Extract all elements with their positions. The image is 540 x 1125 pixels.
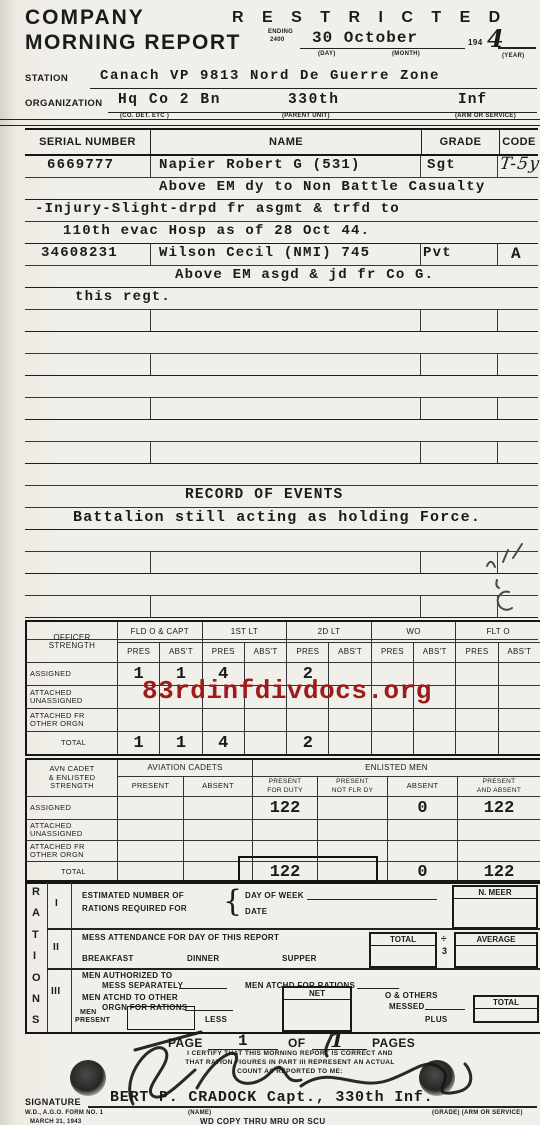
officer-value [498,685,540,708]
officer-value [413,731,455,754]
rations-section: R A T I O N S I II III ESTIMATED NUMBER … [25,880,540,1034]
date-label: DATE [245,907,267,916]
entry2-note2: this regt. [75,289,171,305]
roster-row-empty [25,420,538,442]
estimated-rations-label-2: RATIONS REQUIRED FOR [82,904,187,913]
day-of-week-line [307,899,437,900]
officer-value [498,662,540,685]
month-sublabel: (MONTH) [392,51,420,57]
officer-group-2d-lt: 2D LT [286,622,371,642]
officer-group-fldo-capt: FLD O & CAPT [117,622,202,642]
form-date: MARCH 31, 1943 [30,1119,82,1125]
officer-row-label: TOTAL [27,731,117,754]
enlisted-men-group: ENLISTED MEN [252,760,540,776]
roster-row-record-entry: Battalion still acting as holding Force. [25,508,538,530]
enlisted-strength-title: AVN CADET& ENLISTEDSTRENGTH [27,760,117,796]
breakfast-label: BREAKFAST [82,954,134,963]
men-present-label-1: MEN [80,1009,96,1016]
officer-strength-title: OFFICERSTRENGTH [27,622,117,662]
year-sublabel: (YEAR) [502,53,524,59]
officer-value: 4 [202,731,244,754]
officer-value: 2 [286,731,328,754]
enlisted-value: 0 [387,861,457,882]
total2-box: TOTAL [473,995,539,1023]
enlisted-value [387,840,457,861]
officer-value: 1 [117,731,159,754]
number-box: N. MEER [452,885,538,929]
roster-header-row: SERIAL NUMBER NAME GRADE CODE [25,128,538,156]
year-underline [498,47,536,49]
officer-value [286,708,328,731]
roster-row-empty [25,398,538,420]
grade-sublabel: (GRADE) (ARM OR SERVICE) [432,1110,523,1116]
officer-value [455,731,497,754]
pres-header: PRES [202,642,244,662]
roster-row-empty [25,376,538,398]
entry2-note1: Above EM asgd & jd fr Co G. [175,267,434,283]
supper-label: SUPPER [282,954,317,963]
col-header-name: NAME [150,130,421,154]
messed-label: MESSED [389,1002,425,1011]
entry1-serial: 6669777 [47,157,114,173]
roster-row-entry2-note1: Above EM asgd & jd fr Co G. [25,266,538,288]
enlisted-value: 122 [457,861,540,882]
enlisted-value [183,796,252,819]
form-title-morning-report: MORNING REPORT [25,31,241,55]
roster-row-empty [25,464,538,486]
roster-row-entry1-note1: Above EM dy to Non Battle Casualty [25,178,538,200]
organization-label: ORGANIZATION [25,98,102,109]
officer-value [202,708,244,731]
roster-table: SERIAL NUMBER NAME GRADE CODE 6669777 Na… [25,128,538,640]
roster-row-entry2-note2: this regt. [25,288,538,310]
col-header-code: CODE [499,130,538,154]
enlisted-value [457,840,540,861]
year-printed: 194 [468,38,483,47]
enlisted-row-label: ATTACHED FROTHER ORGN [27,840,117,861]
brace-glyph: { [223,884,242,919]
officer-group-flt-o: FLT O [455,622,540,642]
total-box: TOTAL [369,932,437,968]
form-title-company: COMPANY [25,6,145,30]
pencil-scribble [475,540,537,612]
part1-numeral: I [55,898,58,909]
rations-letter: N [32,993,40,1005]
signature-label: SIGNATURE [25,1097,81,1107]
enlisted-value [317,796,387,819]
record-of-events-entry: Battalion still acting as holding Force. [73,509,481,526]
total-highlight-box [238,856,378,883]
rations-letter: I [33,950,36,962]
mess-separately-label: MESS SEPARATELY [102,981,183,990]
men-present-box [127,1006,195,1030]
enlisted-value [252,819,317,840]
entry2-serial: 34608231 [41,245,118,261]
entry1-note1: Above EM dy to Non Battle Casualty [159,179,485,195]
morning-report-scan: COMPANY R E S T R I C T E D MORNING REPO… [0,0,540,1125]
ending-label-line2: 2400 [270,37,285,43]
officer-value [159,708,201,731]
enlisted-sub-header: ABSENT [387,776,457,796]
header-double-rule [0,119,540,126]
pres-header: PRES [286,642,328,662]
men-atchd-other-label: MEN ATCHD TO OTHER [82,993,178,1002]
day-sublabel: (DAY) [318,51,336,57]
officer-value [455,662,497,685]
restricted-stamp: R E S T R I C T E D [232,9,507,27]
punch-hole-left [70,1060,106,1096]
enlisted-value [117,796,183,819]
entry1-note3: 110th evac Hosp as of 28 Oct 44. [63,223,370,239]
enlisted-value [117,840,183,861]
officer-value [244,708,286,731]
roster-row-entry1: 6669777 Napier Robert G (531) Sgt T-5y [25,156,538,178]
col-header-serial-number: SERIAL NUMBER [25,130,150,154]
entry2-name: Wilson Cecil (NMI) 745 [159,245,370,261]
officer-value [328,708,370,731]
rations-letter: T [32,929,39,941]
officer-value [244,731,286,754]
org-unit-value: Hq Co 2 Bn [118,92,221,108]
o-and-others-label: O & OTHERS [385,991,438,1000]
pres-header: PRES [117,642,159,662]
officer-value [498,731,540,754]
record-of-events-title: RECORD OF EVENTS [185,487,343,503]
officer-row-label: ASSIGNED [27,662,117,685]
rations-letter: O [32,972,41,984]
enlisted-value: 0 [387,796,457,819]
men-authorized-label: MEN AUTHORIZED TO [82,971,172,980]
enlisted-value [317,819,387,840]
men-present-label-2: PRESENT [75,1017,110,1024]
roster-row-empty [25,354,538,376]
officer-group-1st-lt: 1ST LT [202,622,287,642]
average-box: AVERAGE [454,932,538,968]
roster-row-empty [25,574,538,596]
roster-row-entry1-note2: -Injury-Slight-drpd fr asgmt & trfd to [25,200,538,222]
enlisted-value [117,819,183,840]
ending-label-line1: ENDING [268,29,293,35]
roster-row-empty [25,310,538,332]
officer-value [455,708,497,731]
officer-row-label: ATTACHED FROTHER ORGN [27,708,117,731]
rations-letter: A [32,907,40,919]
officer-value: 1 [159,731,201,754]
officer-value [371,731,413,754]
enlisted-row-label: ATTACHEDUNASSIGNED [27,819,117,840]
abst-header: ABS'T [498,642,540,662]
divide-by-three: 3 [442,946,447,956]
station-value: Canach VP 9813 Nord De Guerre Zone [100,68,440,84]
roster-row-empty [25,596,538,618]
roster-row-empty [25,442,538,464]
estimated-rations-label-1: ESTIMATED NUMBER OF [82,891,184,900]
plus-label: PLUS [425,1015,448,1024]
abst-header: ABS'T [159,642,201,662]
roster-row-entry2: 34608231 Wilson Cecil (NMI) 745 Pvt A [25,244,538,266]
officer-value [413,708,455,731]
enlisted-row-label: ASSIGNED [27,796,117,819]
col-header-grade: GRADE [421,130,499,154]
enlisted-value [183,819,252,840]
pres-header: PRES [371,642,413,662]
part3-numeral: III [51,986,61,997]
part2-numeral: II [53,942,59,953]
roster-row-entry1-note3: 110th evac Hosp as of 28 Oct 44. [25,222,538,244]
roster-row-empty [25,332,538,354]
date-value: 30 October [312,29,418,47]
station-label: STATION [25,73,68,84]
roster-row-empty [25,552,538,574]
enlisted-value [117,861,183,882]
rations-letter: S [32,1014,40,1026]
aviation-cadets-group: AVIATION CADETS [117,760,252,776]
abst-header: ABS'T [244,642,286,662]
officer-value [117,708,159,731]
entry1-code: T-5y [499,154,540,174]
enlisted-value: 122 [457,796,540,819]
enlisted-sub-header: PRESENT [117,776,183,796]
entry1-grade: Sgt [427,157,456,173]
rations-row-divider [47,968,540,970]
officer-group-wo: WO [371,622,456,642]
roster-row-record-title: RECORD OF EVENTS [25,486,538,508]
org-arm-value: Inf [458,92,487,108]
officer-value [371,708,413,731]
enlisted-sub-header: PRESENTFOR DUTY [252,776,317,796]
name-sublabel: (NAME) [188,1110,211,1116]
enlisted-sub-header: PRESENTNOT FLR DY [317,776,387,796]
enlisted-value [457,819,540,840]
net-box: NET [282,986,352,1032]
enlisted-row-label: TOTAL [27,861,117,882]
entry1-note2: -Injury-Slight-drpd fr asgmt & trfd to [35,201,400,217]
dinner-label: DINNER [187,954,219,963]
pres-header: PRES [455,642,497,662]
enlisted-sub-header: PRESENTAND ABSENT [457,776,540,796]
enlisted-value [387,819,457,840]
rations-letter: R [32,886,40,898]
watermark-url: 83rdinfdivdocs.org [142,676,432,706]
day-of-week-label: DAY OF WEEK [245,891,304,900]
enlisted-value: 122 [252,796,317,819]
officer-value [328,731,370,754]
roster-row-empty [25,530,538,552]
entry2-code: A [511,245,522,263]
form-number: W.D., A.G.O. FORM NO. 1 [25,1110,103,1116]
enlisted-sub-header: ABSENT [183,776,252,796]
handwritten-signature [105,1030,495,1115]
copy-routing-note: WD COPY THRU MRU OR SCU [200,1117,326,1125]
officer-row-label: ATTACHEDUNASSIGNED [27,685,117,708]
org-parent-value: 330th [288,92,340,108]
entry1-name: Napier Robert G (531) [159,157,361,173]
divide-sign: ÷ [441,934,447,945]
abst-header: ABS'T [413,642,455,662]
less-label: LESS [205,1015,227,1024]
entry2-grade: Pvt [423,245,452,261]
abst-header: ABS'T [328,642,370,662]
mess-attendance-label: MESS ATTENDANCE FOR DAY OF THIS REPORT [82,933,279,942]
officer-value [498,708,540,731]
officer-value [455,685,497,708]
